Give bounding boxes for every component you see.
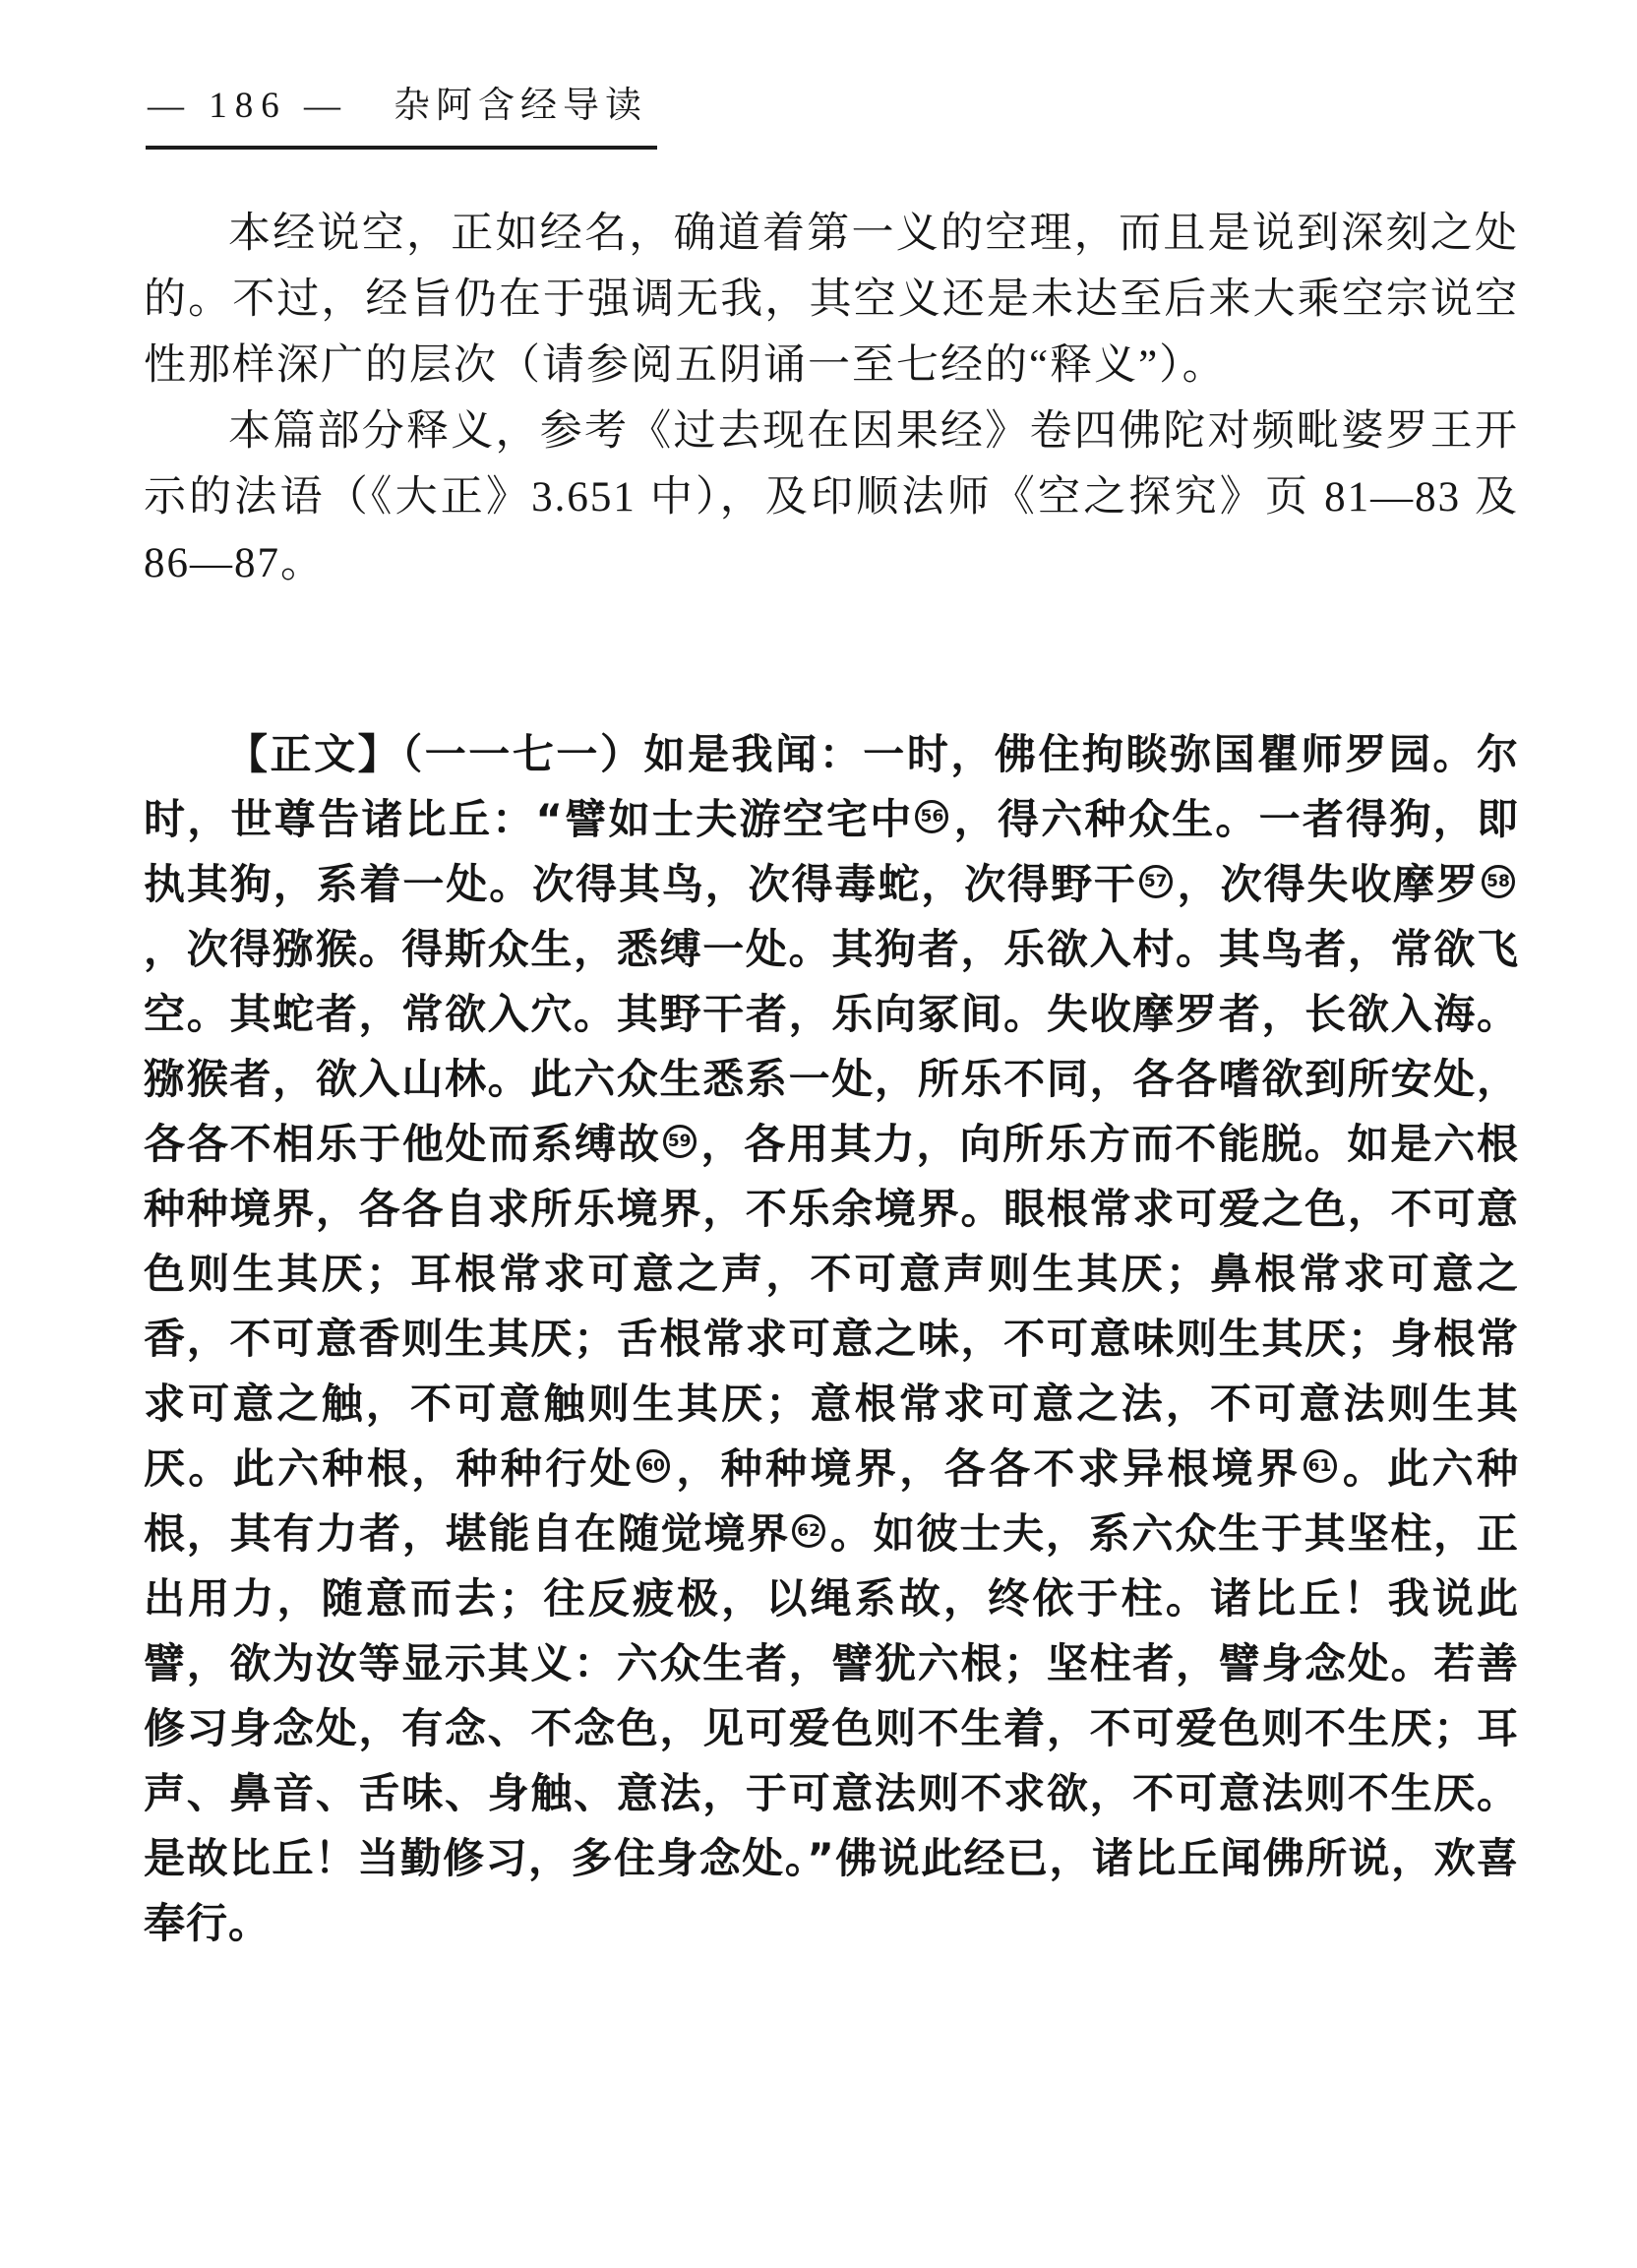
footnote-ref-60: 60 — [637, 1449, 670, 1483]
intro-paragraph-1: 本经说空，正如经名，确道着第一义的空理，而且是说到深刻之处的。不过，经旨仍在于强… — [144, 201, 1519, 398]
page-number: — 186 — — [148, 85, 348, 127]
page-body: 本经说空，正如经名，确道着第一义的空理，而且是说到深刻之处的。不过，经旨仍在于强… — [0, 150, 1637, 1956]
footnote-ref-57: 57 — [1139, 865, 1173, 898]
footnote-ref-58: 58 — [1482, 865, 1515, 898]
footnote-ref-62: 62 — [792, 1514, 825, 1548]
footnote-ref-59: 59 — [663, 1125, 697, 1158]
footnote-ref-56: 56 — [915, 800, 948, 833]
page-header: — 186 —杂阿含经导读 — [0, 0, 1637, 150]
intro-paragraph-2: 本篇部分释义，参考《过去现在因果经》卷四佛陀对频毗婆罗王开示的法语（《大正》3.… — [144, 398, 1519, 596]
book-page: — 186 —杂阿含经导读 本经说空，正如经名，确道着第一义的空理，而且是说到深… — [0, 0, 1637, 2268]
book-title: 杂阿含经导读 — [394, 75, 647, 128]
running-head: — 186 —杂阿含经导读 — [146, 75, 657, 150]
footnote-ref-61: 61 — [1304, 1449, 1337, 1483]
sutra-main-text: 【正文】（一一七一）如是我闻：一时，佛住拘睒弥国瞿师罗园。尔时，世尊告诸比丘：“… — [144, 722, 1519, 1956]
